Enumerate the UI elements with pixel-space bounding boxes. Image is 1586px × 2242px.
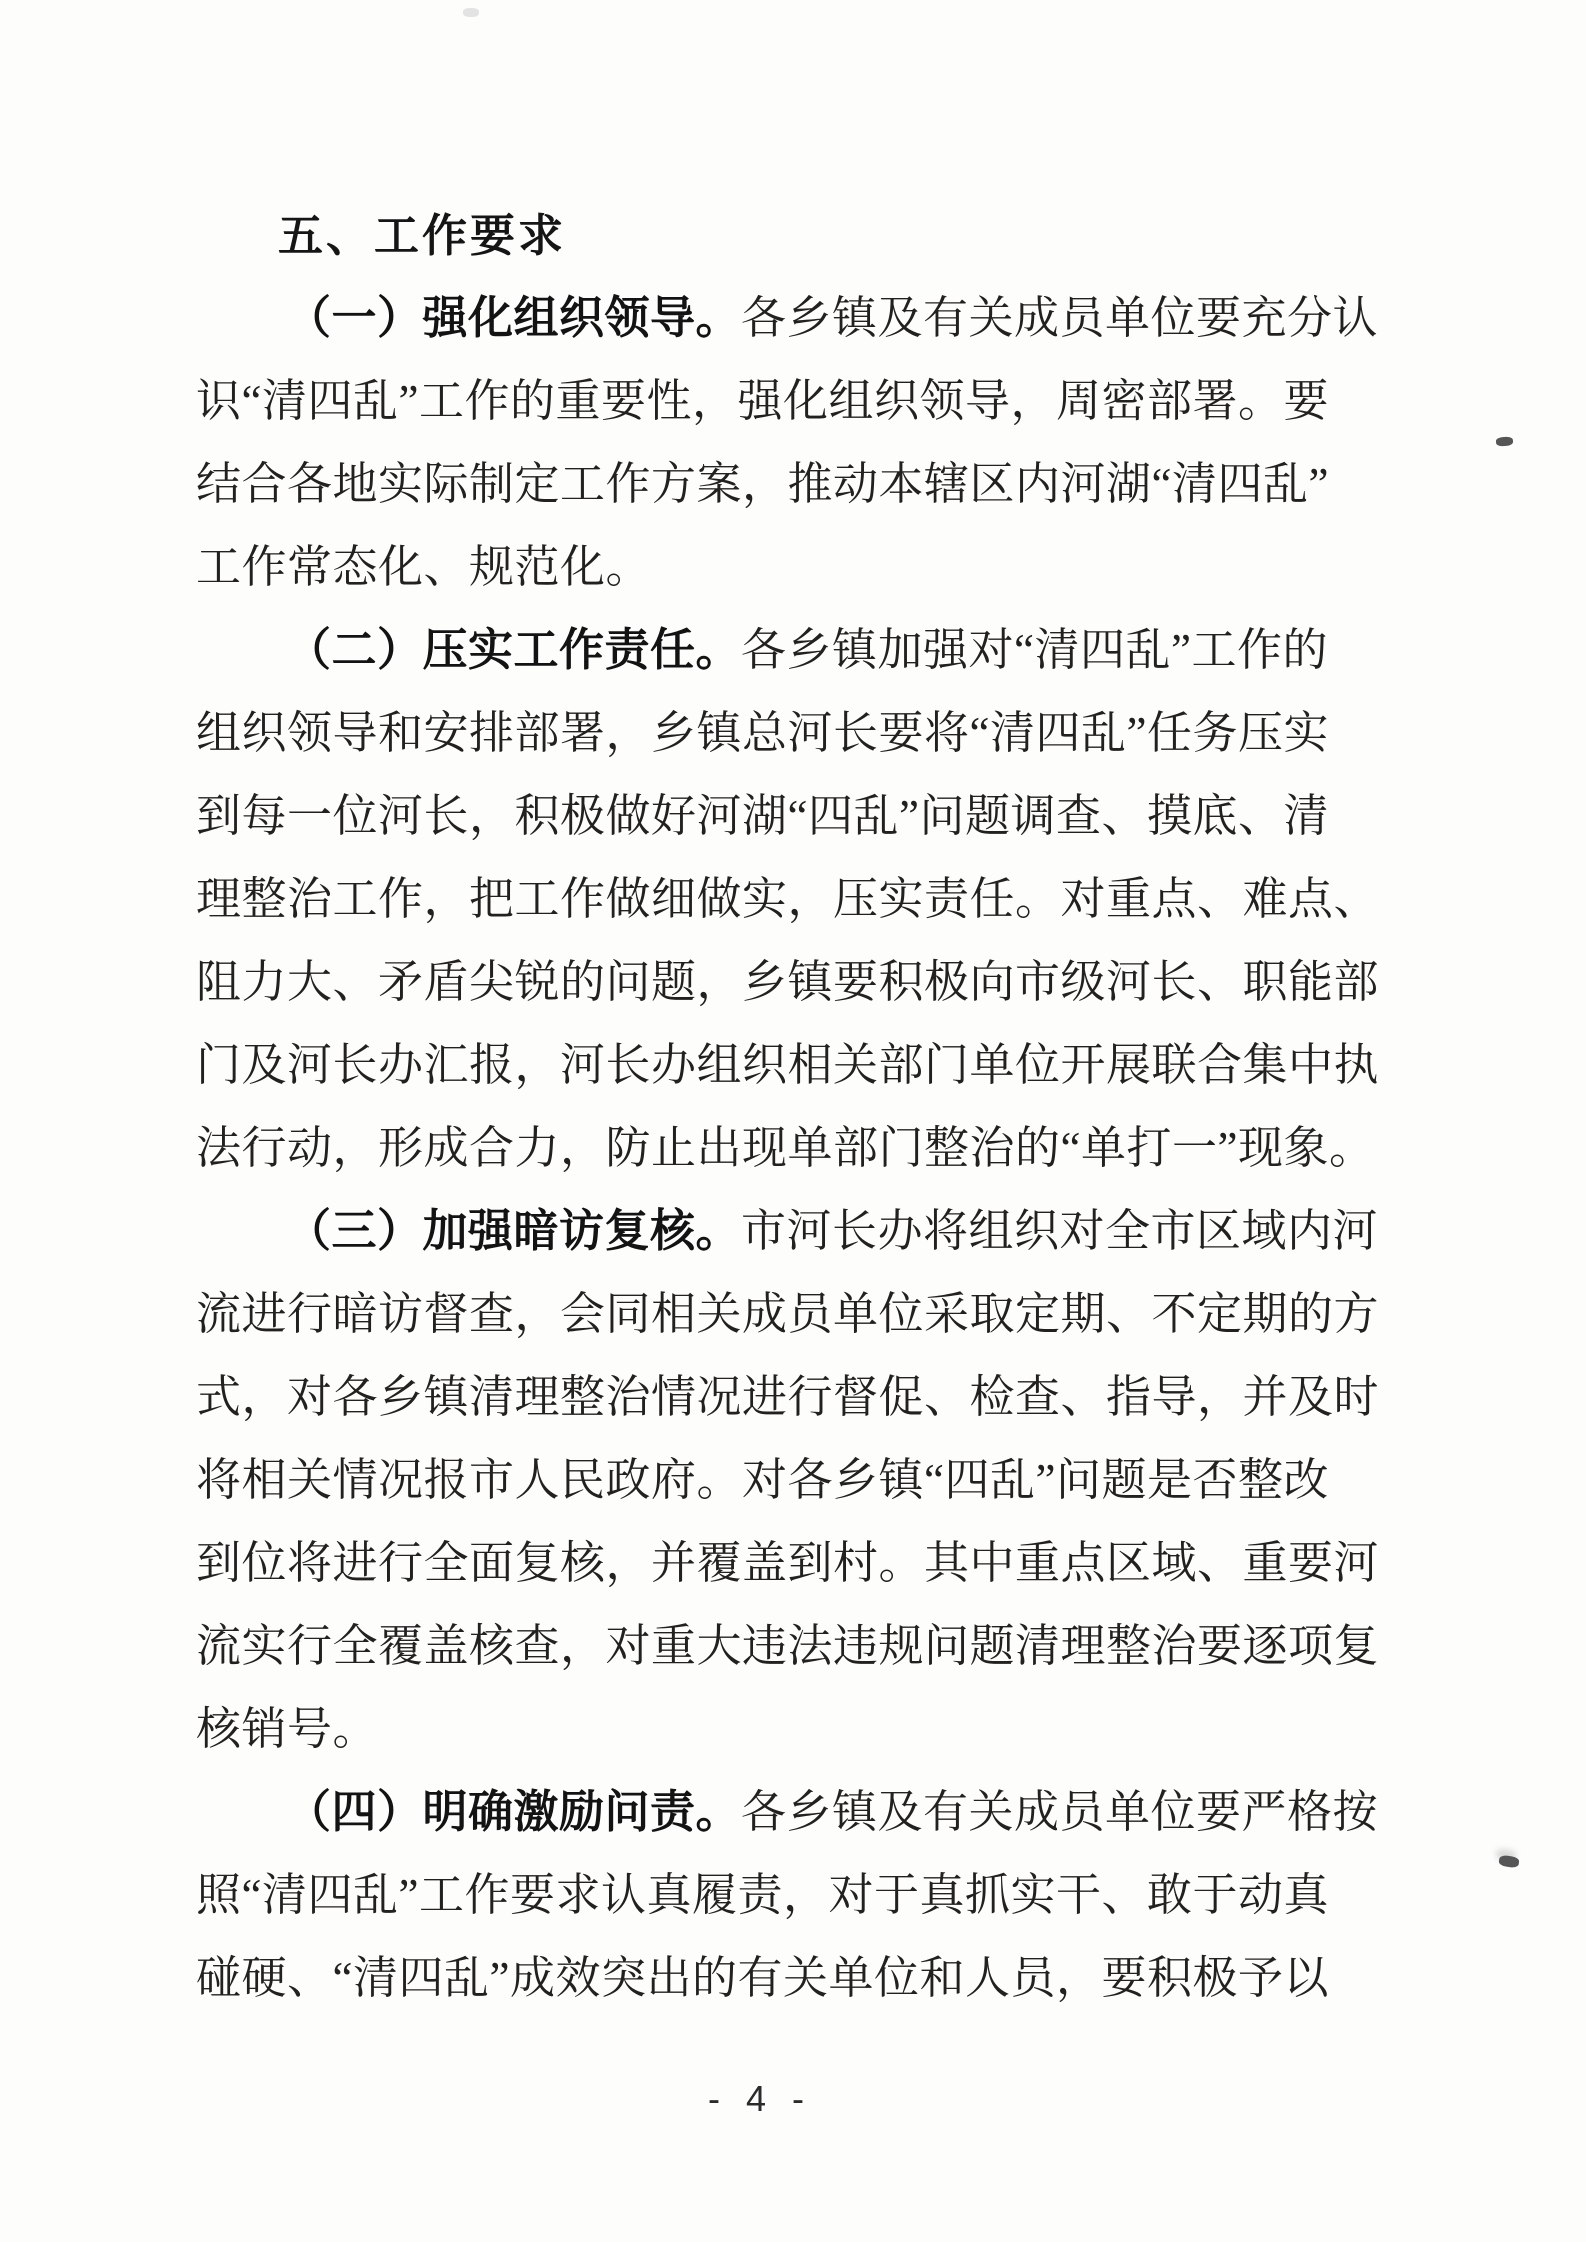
text-line: 将相关情况报市人民政府。对各乡镇“四乱”问题是否整改 — [196, 1439, 1320, 1522]
scan-smudge — [463, 8, 479, 17]
text-line: 照“清四乱”工作要求认真履责，对于真抓实干、敢于动真 — [196, 1854, 1320, 1937]
text-line: （四）明确激励问责。各乡镇及有关成员单位要严格按 — [196, 1771, 1320, 1854]
paragraph-text: 各乡镇加强对“清四乱”工作的 — [741, 625, 1328, 675]
scan-smudge — [1498, 1855, 1519, 1869]
paragraph-1: （一）强化组织领导。各乡镇及有关成员单位要充分认 识“清四乱”工作的重要性，强化… — [196, 277, 1320, 609]
text-line: 工作常态化、规范化。 — [196, 526, 1320, 609]
text-line: （一）强化组织领导。各乡镇及有关成员单位要充分认 — [196, 277, 1320, 360]
text-line: 组织领导和安排部署，乡镇总河长要将“清四乱”任务压实 — [196, 692, 1320, 775]
text-line: 流进行暗访督查，会同相关成员单位采取定期、不定期的方 — [196, 1273, 1320, 1356]
text-line: 碰硬、“清四乱”成效突出的有关单位和人员，要积极予以 — [196, 1937, 1320, 2020]
text-line: 门及河长办汇报，河长办组织相关部门单位开展联合集中执 — [196, 1024, 1320, 1107]
text-line: 结合各地实际制定工作方案，推动本辖区内河湖“清四乱” — [196, 443, 1320, 526]
text-line: 阻力大、矛盾尖锐的问题，乡镇要积极向市级河长、职能部 — [196, 941, 1320, 1024]
paragraph-3: （三）加强暗访复核。市河长办将组织对全市区域内河 流进行暗访督查，会同相关成员单… — [196, 1190, 1320, 1771]
scanned-document-page: 五、工作要求 （一）强化组织领导。各乡镇及有关成员单位要充分认 识“清四乱”工作… — [0, 0, 1586, 2242]
paragraph-lead: （三）加强暗访复核。 — [286, 1206, 741, 1256]
page-number: - 4 - — [0, 2078, 1520, 2120]
text-line: 法行动，形成合力，防止出现单部门整治的“单打一”现象。 — [196, 1107, 1320, 1190]
text-line: （三）加强暗访复核。市河长办将组织对全市区域内河 — [196, 1190, 1320, 1273]
text-line: 识“清四乱”工作的重要性，强化组织领导，周密部署。要 — [196, 360, 1320, 443]
text-line: （二）压实工作责任。各乡镇加强对“清四乱”工作的 — [196, 609, 1320, 692]
text-line: 流实行全覆盖核查，对重大违法违规问题清理整治要逐项复 — [196, 1605, 1320, 1688]
text-line: 到每一位河长，积极做好河湖“四乱”问题调查、摸底、清 — [196, 775, 1320, 858]
paragraph-text: 市河长办将组织对全市区域内河 — [741, 1206, 1378, 1256]
paragraph-2: （二）压实工作责任。各乡镇加强对“清四乱”工作的 组织领导和安排部署，乡镇总河长… — [196, 609, 1320, 1190]
text-line: 理整治工作，把工作做细做实，压实责任。对重点、难点、 — [196, 858, 1320, 941]
text-line: 到位将进行全面复核，并覆盖到村。其中重点区域、重要河 — [196, 1522, 1320, 1605]
scan-smudge — [1496, 436, 1514, 446]
paragraph-lead: （一）强化组织领导。 — [286, 293, 741, 343]
section-heading: 五、工作要求 — [196, 194, 1320, 277]
paragraph-4: （四）明确激励问责。各乡镇及有关成员单位要严格按 照“清四乱”工作要求认真履责，… — [196, 1771, 1320, 2020]
paragraph-lead: （四）明确激励问责。 — [286, 1787, 741, 1837]
paragraph-text: 各乡镇及有关成员单位要严格按 — [741, 1787, 1378, 1837]
text-block: 五、工作要求 （一）强化组织领导。各乡镇及有关成员单位要充分认 识“清四乱”工作… — [196, 194, 1320, 2020]
text-line: 核销号。 — [196, 1688, 1320, 1771]
text-line: 式，对各乡镇清理整治情况进行督促、检查、指导，并及时 — [196, 1356, 1320, 1439]
paragraph-text: 各乡镇及有关成员单位要充分认 — [741, 293, 1378, 343]
paragraph-lead: （二）压实工作责任。 — [286, 625, 741, 675]
